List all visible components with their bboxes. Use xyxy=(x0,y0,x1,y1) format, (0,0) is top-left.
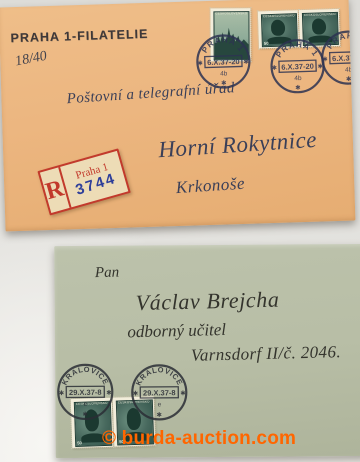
postmark-town-text: KRALOVICE xyxy=(60,365,111,387)
cover-bottom-envelope: Pan Václav Brejcha odborný učitel Varnsd… xyxy=(54,244,360,458)
postmark-praha-3: PRAHA 1 6.X.37-20 4b ✱ ✱ xyxy=(319,29,355,87)
postmark-date-text: 29.X.37-8 xyxy=(143,388,176,397)
address-line-town: Varnsdorf II/č. 2046. xyxy=(191,342,342,366)
postmark-star-left: ✱ xyxy=(133,390,139,398)
postmark-star-left: ✱ xyxy=(197,59,203,67)
stamp-country-caption: ČESKOSLOVENSKO xyxy=(263,14,298,18)
registration-label-body: Praha 1 3744 xyxy=(60,151,128,207)
postmark-praha-2: PRAHA 1 6.X.37-20 4b ✱ ✱ ✱ xyxy=(269,37,327,95)
address-line-title: odborný učitel xyxy=(127,320,226,342)
postmark-star-bottom: ✱ xyxy=(156,411,162,419)
address-line-salutation: Pan xyxy=(95,265,120,283)
postmark-date-text: 29.X.37-8 xyxy=(69,388,102,397)
postmark-date-text: 6.X.37-20 xyxy=(281,62,314,72)
postmark-kralovice-1: KRALOVICE 29.X.37-8 e ✱ ✱ ✱ xyxy=(56,363,114,421)
postmark-index-text: 4b xyxy=(345,66,353,73)
postmark-star-bottom: ✱ xyxy=(82,410,88,418)
address-line-region: Krkonoše xyxy=(175,174,245,199)
postmark-star-right: ✱ xyxy=(106,389,112,397)
address-line-name: Václav Brejcha xyxy=(135,287,279,317)
postmark-star-left: ✱ xyxy=(59,389,65,397)
postmark-star-bottom: ✱ xyxy=(346,75,352,83)
svg-text:PRAHA 1: PRAHA 1 xyxy=(274,39,320,59)
postmark-kralovice-2: KRALOVICE 29.X.37-8 e ✱ ✱ ✱ xyxy=(130,363,188,421)
stamp-country-caption: ČESKOSLOVENSKO xyxy=(215,12,249,15)
postmark-town-text: KRALOVICE xyxy=(134,365,185,387)
stamp-denomination: 50 xyxy=(77,442,82,446)
postmark-star-right: ✱ xyxy=(243,58,249,66)
postmark-praha-1: PRAHA 1 6.X.37-20 4b ✱ ✱ ✱ xyxy=(195,33,253,91)
stamp-country-caption: ČESKOSLOVENSKO xyxy=(304,13,339,17)
svg-text:KRALOVICE: KRALOVICE xyxy=(60,365,111,387)
postmark-index-text: e xyxy=(84,401,88,408)
postmark-town-text: PRAHA 1 xyxy=(200,35,246,55)
postmark-date-text: 6.X.37-20 xyxy=(332,53,356,63)
cover-top-registered-envelope: PRAHA 1-FILATELIE 18/40 Poštovní a teleg… xyxy=(0,0,355,231)
pencil-annotation: 18/40 xyxy=(14,49,48,71)
svg-text:KRALOVICE: KRALOVICE xyxy=(134,365,185,387)
svg-text:PRAHA 1: PRAHA 1 xyxy=(200,35,246,55)
postmark-index-text: 4b xyxy=(220,70,228,77)
postmark-date-text: 6.X.37-20 xyxy=(207,57,240,67)
postmark-town-text: PRAHA 1 xyxy=(274,39,320,59)
postmark-index-text: 4b xyxy=(294,75,302,82)
auction-watermark: © burda-auction.com xyxy=(102,428,296,450)
postmark-star-left: ✱ xyxy=(271,64,277,72)
postmark-star-left: ✱ xyxy=(322,55,328,63)
postmark-star-bottom: ✱ xyxy=(221,79,227,87)
sender-handstamp: PRAHA 1-FILATELIE xyxy=(10,27,148,45)
portrait-head xyxy=(271,20,286,37)
postmark-star-right: ✱ xyxy=(180,389,186,397)
postmark-star-bottom: ✱ xyxy=(295,84,301,92)
registration-label: R Praha 1 3744 xyxy=(37,148,130,215)
postmark-index-text: e xyxy=(158,401,162,408)
address-line-town: Horní Rokytnice xyxy=(158,127,318,163)
